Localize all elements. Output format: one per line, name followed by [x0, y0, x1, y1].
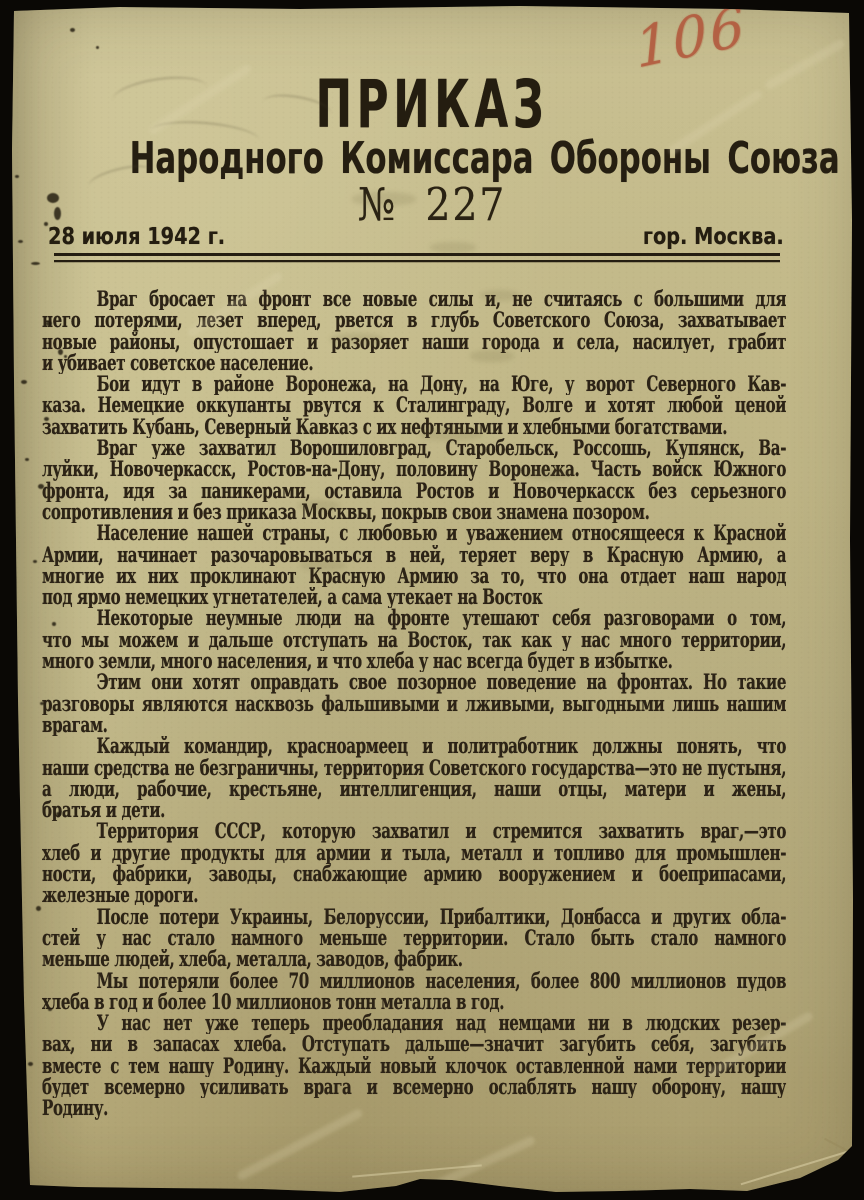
ink-speck [33, 560, 37, 563]
date-place-row: 28 июля 1942 г. гор. Москва. [48, 224, 784, 250]
text-line: что мы можем и дальше отступать на Восто… [42, 630, 786, 651]
paper-crease [352, 1164, 482, 1177]
text-line: многие их них проклинают Красную Армию з… [42, 566, 786, 587]
text-line: Враг бросает на фронт все новые силы и, … [42, 289, 786, 310]
scanned-page: 106 ПРИКАЗ Народного Комиссара Обороны С… [0, 0, 864, 1200]
ink-speck [21, 380, 27, 384]
text-line: много земли, много населения, и что хлеб… [42, 651, 786, 672]
text-line: стей у нас стало намного меньше территор… [42, 928, 786, 949]
text-line: Этим они хотят оправдать свое позорное п… [42, 672, 786, 693]
paper-crease [835, 1108, 838, 1114]
text-line: После потери Украины, Белоруссии, Прибал… [42, 907, 786, 928]
text-line: а люди, рабочие, крестьяне, интеллигенци… [42, 779, 786, 800]
text-line: Каждый командир, красноармеец и политраб… [42, 736, 786, 757]
text-line: под ярмо немецких угнетателей, а сама ут… [42, 587, 786, 608]
text-line: железные дороги. [42, 885, 786, 906]
order-number: № 227 [52, 182, 812, 227]
document-subtitle: Народного Комиссара Обороны Союза ССР [130, 137, 735, 181]
document-body: Враг бросает на фронт все новые силы и, … [42, 289, 786, 1120]
text-line: вместе с тем нашу Родину. Каждый новый к… [42, 1056, 786, 1077]
text-line: врагам. [42, 715, 786, 736]
paper-crease [824, 1138, 864, 1160]
text-line: ности, фабрики, заводы, снабжающие армию… [42, 864, 786, 885]
text-line: Мы потеряли более 70 миллионов населения… [42, 971, 786, 992]
text-line: разговоры являются насквозь фальшивыми и… [42, 694, 786, 715]
text-line: Армии, начинает разочаровываться в ней, … [42, 545, 786, 566]
document-title: ПРИКАЗ [147, 72, 717, 138]
document-date: 28 июля 1942 г. [48, 224, 225, 250]
document-paper: 106 ПРИКАЗ Народного Комиссара Обороны С… [0, 0, 864, 1200]
text-line: хлеба в год и более 10 миллионов тонн ме… [42, 992, 786, 1013]
text-line: У нас нет уже теперь преобладания над не… [42, 1013, 786, 1034]
text-line: и убивает советское население. [42, 353, 786, 374]
text-line: новые районы, опустошает и разоряет наши… [42, 332, 786, 353]
text-line: Враг уже захватил Ворошиловград, Старобе… [42, 438, 786, 459]
text-line: вах, ни в запасах хлеба. Отступать дальш… [42, 1034, 786, 1055]
ink-speck [18, 240, 23, 243]
text-line: каза. Немецкие оккупанты рвутся к Сталин… [42, 395, 786, 416]
text-line: захватить Кубань, Северный Кавказ с их н… [42, 417, 786, 438]
watermark-streak [764, 38, 846, 91]
text-line: фронта, идя за паникерами, оставила Рост… [42, 481, 786, 502]
text-line: меньше людей, хлеба, металла, заводов, ф… [42, 949, 786, 970]
header-divider [54, 253, 780, 262]
ink-speck [25, 458, 29, 461]
ink-speck [96, 46, 99, 49]
ink-speck [28, 1062, 33, 1066]
text-line: сопротивления и без приказа Москвы, покр… [42, 502, 786, 523]
document-place: гор. Москва. [643, 224, 784, 250]
text-line: него потерями, лезет вперед, рвется в гл… [42, 310, 786, 331]
text-line: хлеб и другие продукты для армии и тыла,… [42, 843, 786, 864]
text-line: Бои идут в районе Воронежа, на Дону, на … [42, 374, 786, 395]
text-line: будет всемерно усиливать врага и всемерн… [42, 1077, 786, 1098]
ink-speck [36, 906, 41, 911]
document-body-column: Враг бросает на фронт все новые силы и, … [42, 289, 786, 1149]
paper-crease [741, 1145, 864, 1186]
text-line: Территория СССР, которую захватил и стре… [42, 821, 786, 842]
text-line: Родину. [42, 1098, 786, 1119]
text-line: братья и дети. [42, 800, 786, 821]
text-line: Население нашей страны, с любовью и уваж… [42, 523, 786, 544]
ink-speck [70, 28, 75, 32]
text-line: луйки, Новочеркасск, Ростов-на-Дону, пол… [42, 459, 786, 480]
text-line: Некоторые неумные люди на фронте утешают… [42, 608, 786, 629]
handwritten-page-number: 106 [633, 0, 776, 81]
ink-speck [31, 262, 40, 265]
text-line: наши средства не безграничны, территория… [42, 758, 786, 779]
ink-speck [15, 175, 19, 178]
